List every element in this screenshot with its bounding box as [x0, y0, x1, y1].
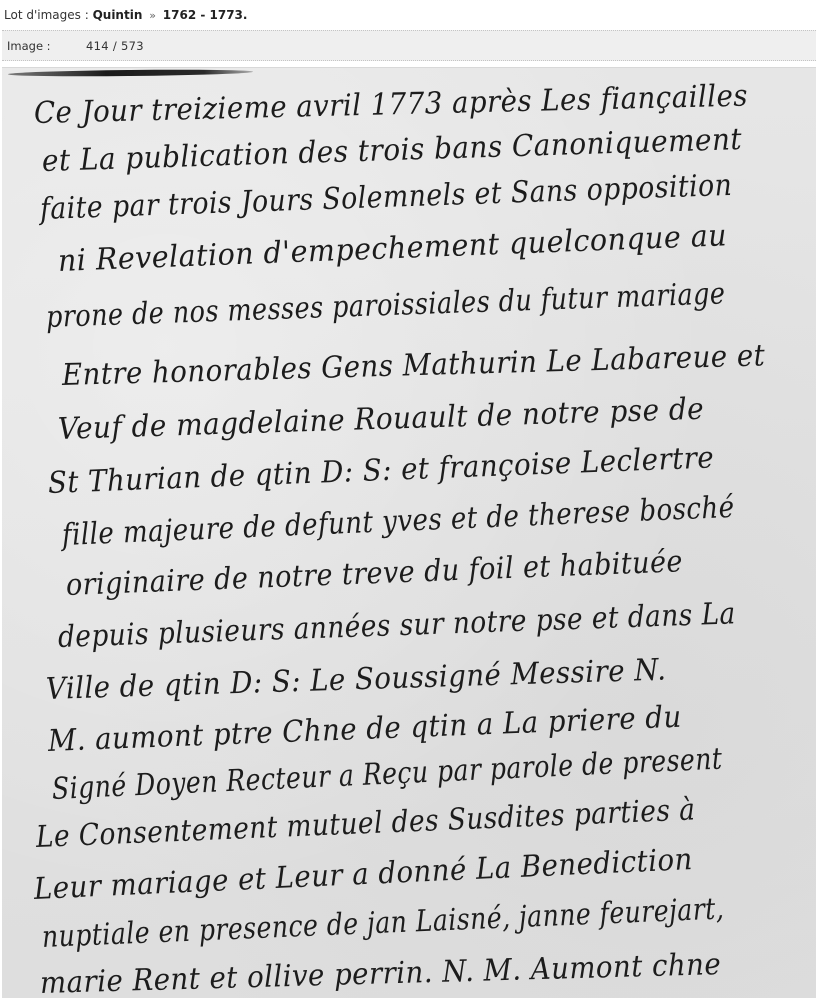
- breadcrumb-place[interactable]: Quintin: [93, 8, 143, 22]
- manuscript-line: St Thurian de qtin D: S: et françoise Le…: [47, 440, 714, 501]
- scanned-register-image[interactable]: Ce Jour treizieme avril 1773 après Les f…: [2, 68, 816, 998]
- manuscript-line: faite par trois Jours Solemnels et Sans …: [39, 168, 732, 227]
- breadcrumb-period: 1762 - 1773.: [163, 8, 248, 22]
- manuscript-line: originaire de notre treve du foil et hab…: [65, 544, 683, 603]
- manuscript-line: Ce Jour treizieme avril 1773 après Les f…: [34, 79, 749, 131]
- breadcrumb: Lot d'images : Quintin » 1762 - 1773.: [4, 5, 247, 25]
- image-counter-slash: /: [113, 39, 117, 53]
- manuscript-line: marie Rent et ollive perrin. N. M. Aumon…: [40, 947, 722, 998]
- image-total-number: 573: [121, 39, 144, 53]
- manuscript-line: Veuf de magdelaine Rouault de notre pse …: [57, 392, 704, 447]
- manuscript-line: Entre honorables Gens Mathurin Le Labare…: [62, 338, 766, 393]
- breadcrumb-separator: »: [149, 9, 156, 22]
- breadcrumb-prefix: Lot d'images :: [4, 8, 89, 22]
- manuscript-line: prone de nos messes paroissiales du futu…: [45, 276, 726, 335]
- image-current-number: 414: [86, 39, 109, 53]
- manuscript-line: depuis plusieurs années sur notre pse et…: [57, 596, 736, 655]
- image-counter: 414/573: [86, 31, 144, 61]
- archive-image-viewer: Lot d'images : Quintin » 1762 - 1773. Im…: [0, 0, 816, 998]
- ink-header-stroke: [8, 69, 253, 78]
- manuscript-line: Ville de qtin D: S: Le Soussigné Messire…: [45, 653, 666, 707]
- image-counter-bar: Image : 414/573: [2, 30, 816, 61]
- manuscript-line: ni Revelation d'empechement quelconque a…: [57, 218, 727, 279]
- manuscript-line: fille majeure de defunt yves et de there…: [61, 490, 735, 553]
- image-label: Image :: [7, 31, 51, 61]
